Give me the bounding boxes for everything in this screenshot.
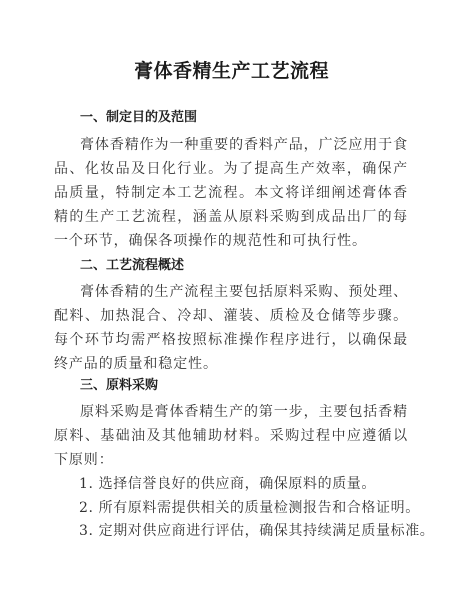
section-paragraph-purpose: 膏体香精作为一种重要的香料产品，广泛应用于食品、化妆品及日化行业。为了提高生产效… [54, 133, 408, 253]
procurement-principles-list: 1. 选择信誉良好的供应商，确保原料的质量。 2. 所有原料需提供相关的质量检测… [79, 473, 419, 544]
document-page: 膏体香精生产工艺流程 一、制定目的及范围 膏体香精作为一种重要的香料产品，广泛应… [0, 0, 463, 600]
section-heading-overview: 二、工艺流程概述 [80, 257, 184, 275]
section-paragraph-procurement: 原料采购是膏体香精生产的第一步，主要包括香精原料、基础油及其他辅助材料。采购过程… [54, 400, 408, 472]
document-title: 膏体香精生产工艺流程 [0, 58, 463, 84]
section-paragraph-overview: 膏体香精的生产流程主要包括原料采购、预处理、配料、加热混合、冷却、灌装、质检及仓… [54, 280, 408, 376]
list-item: 3. 定期对供应商进行评估，确保其持续满足质量标准。 [79, 520, 419, 544]
list-item: 2. 所有原料需提供相关的质量检测报告和合格证明。 [79, 497, 419, 521]
list-item: 1. 选择信誉良好的供应商，确保原料的质量。 [79, 473, 419, 497]
section-heading-procurement: 三、原料采购 [80, 377, 158, 395]
section-heading-purpose: 一、制定目的及范围 [80, 109, 197, 127]
